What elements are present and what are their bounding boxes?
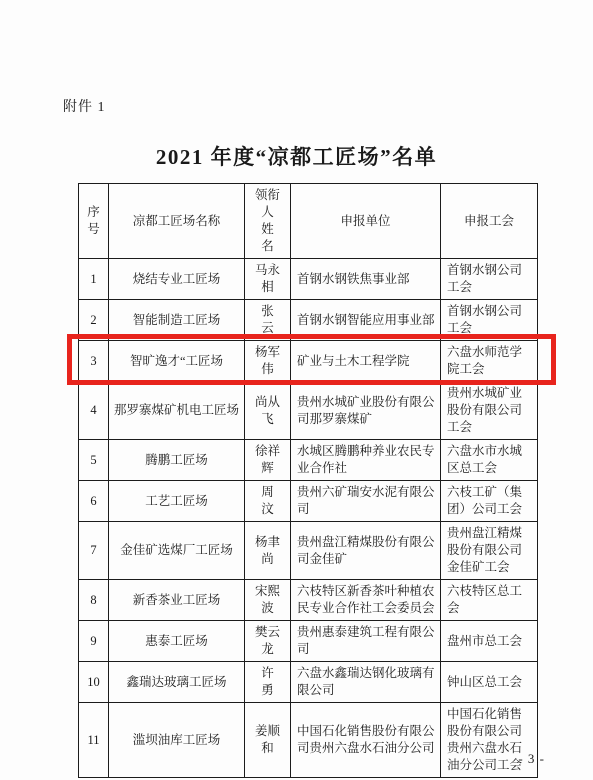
cell-declaring-unit: 贵州六矿瑞安水泥有限公司: [291, 481, 441, 522]
cell-leader-name: 姜顺和: [245, 703, 291, 778]
col-header-name: 凉都工匠场名称: [109, 184, 245, 259]
table-row: 9 惠泰工匠场 樊云龙 贵州惠泰建筑工程有限公司 盘州市总工会: [79, 621, 538, 662]
cell-leader-name: 周 汶: [245, 481, 291, 522]
cell-field-name: 腾鹏工匠场: [109, 440, 245, 481]
cell-declaring-union: 贵州水城矿业股份有限公司工会: [441, 382, 538, 440]
cell-declaring-unit: 水城区腾鹏种养业农民专业合作社: [291, 440, 441, 481]
table-header-row: 序 号 凉都工匠场名称 领衔人 姓 名 申报单位 申报工会: [79, 184, 538, 259]
cell-leader-name: 许 勇: [245, 662, 291, 703]
cell-declaring-unit: 贵州惠泰建筑工程有限公司: [291, 621, 441, 662]
cell-leader-name: 尚从飞: [245, 382, 291, 440]
table-row: 3 智旷逸才“工匠场 杨军伟 矿业与土木工程学院 六盘水师范学院工会: [79, 341, 538, 382]
cell-leader-name: 徐祥辉: [245, 440, 291, 481]
cell-declaring-union: 六盘水师范学院工会: [441, 341, 538, 382]
table-row: 6 工艺工匠场 周 汶 贵州六矿瑞安水泥有限公司 六枝工矿（集团）公司工会: [79, 481, 538, 522]
cell-leader-name: 杨军伟: [245, 341, 291, 382]
cell-serial-number: 8: [79, 580, 109, 621]
cell-declaring-unit: 贵州盘江精煤股份有限公司金佳矿: [291, 522, 441, 580]
cell-declaring-union: 六枝特区总工会: [441, 580, 538, 621]
cell-declaring-union: 钟山区总工会: [441, 662, 538, 703]
cell-declaring-unit: 六枝特区新香茶叶种植农民专业合作社工会委员会: [291, 580, 441, 621]
cell-field-name: 滥坝油库工匠场: [109, 703, 245, 778]
table-row: 8 新香茶业工匠场 宋熙波 六枝特区新香茶叶种植农民专业合作社工会委员会 六枝特…: [79, 580, 538, 621]
cell-field-name: 智旷逸才“工匠场: [109, 341, 245, 382]
cell-serial-number: 3: [79, 341, 109, 382]
col-header-union: 申报工会: [441, 184, 538, 259]
table-row: 2 智能制造工匠场 张 云 首钢水钢智能应用事业部 首钢水钢公司工会: [79, 300, 538, 341]
cell-serial-number: 10: [79, 662, 109, 703]
table-container: 序 号 凉都工匠场名称 领衔人 姓 名 申报单位 申报工会 1 烧结专业工匠场 …: [78, 183, 537, 778]
cell-field-name: 新香茶业工匠场: [109, 580, 245, 621]
cell-serial-number: 7: [79, 522, 109, 580]
cell-declaring-union: 六枝工矿（集团）公司工会: [441, 481, 538, 522]
cell-declaring-union: 盘州市总工会: [441, 621, 538, 662]
cell-serial-number: 9: [79, 621, 109, 662]
cell-field-name: 智能制造工匠场: [109, 300, 245, 341]
cell-serial-number: 11: [79, 703, 109, 778]
cell-declaring-unit: 中国石化销售股份有限公司贵州六盘水石油分公司: [291, 703, 441, 778]
table-row: 11 滥坝油库工匠场 姜顺和 中国石化销售股份有限公司贵州六盘水石油分公司 中国…: [79, 703, 538, 778]
cell-serial-number: 1: [79, 259, 109, 300]
document-page: 附件 1 2021 年度“凉都工匠场”名单 序 号 凉都工匠场名称 领衔人 姓 …: [0, 0, 593, 780]
cell-declaring-unit: 六盘水鑫瑞达钢化玻璃有限公司: [291, 662, 441, 703]
attachment-label: 附件 1: [63, 96, 106, 116]
cell-leader-name: 宋熙波: [245, 580, 291, 621]
cell-serial-number: 6: [79, 481, 109, 522]
cell-field-name: 烧结专业工匠场: [109, 259, 245, 300]
cell-field-name: 鑫瑞达玻璃工匠场: [109, 662, 245, 703]
cell-serial-number: 5: [79, 440, 109, 481]
table-row: 7 金佳矿选煤厂工匠场 杨聿尚 贵州盘江精煤股份有限公司金佳矿 贵州盘江精煤股份…: [79, 522, 538, 580]
cell-leader-name: 樊云龙: [245, 621, 291, 662]
cell-declaring-union: 首钢水钢公司工会: [441, 300, 538, 341]
cell-field-name: 惠泰工匠场: [109, 621, 245, 662]
cell-leader-name: 杨聿尚: [245, 522, 291, 580]
cell-declaring-union: 贵州盘江精煤股份有限公司金佳矿工会: [441, 522, 538, 580]
page-title: 2021 年度“凉都工匠场”名单: [0, 141, 593, 171]
page-number: - 3 -: [518, 751, 545, 767]
cell-declaring-unit: 贵州水城矿业股份有限公司那罗寨煤矿: [291, 382, 441, 440]
col-header-leader: 领衔人 姓 名: [245, 184, 291, 259]
col-header-unit: 申报单位: [291, 184, 441, 259]
cell-field-name: 工艺工匠场: [109, 481, 245, 522]
cell-declaring-unit: 首钢水钢智能应用事业部: [291, 300, 441, 341]
cell-declaring-union: 首钢水钢公司工会: [441, 259, 538, 300]
table-row: 5 腾鹏工匠场 徐祥辉 水城区腾鹏种养业农民专业合作社 六盘水市水城区总工会: [79, 440, 538, 481]
cell-leader-name: 张 云: [245, 300, 291, 341]
table-row: 1 烧结专业工匠场 马永相 首钢水钢铁焦事业部 首钢水钢公司工会: [79, 259, 538, 300]
cell-serial-number: 4: [79, 382, 109, 440]
cell-declaring-unit: 首钢水钢铁焦事业部: [291, 259, 441, 300]
table-row: 10 鑫瑞达玻璃工匠场 许 勇 六盘水鑫瑞达钢化玻璃有限公司 钟山区总工会: [79, 662, 538, 703]
cell-field-name: 金佳矿选煤厂工匠场: [109, 522, 245, 580]
table-body: 1 烧结专业工匠场 马永相 首钢水钢铁焦事业部 首钢水钢公司工会 2 智能制造工…: [79, 259, 538, 778]
cell-declaring-unit: 矿业与土木工程学院: [291, 341, 441, 382]
table-row: 4 那罗寨煤矿机电工匠场 尚从飞 贵州水城矿业股份有限公司那罗寨煤矿 贵州水城矿…: [79, 382, 538, 440]
cell-leader-name: 马永相: [245, 259, 291, 300]
cell-field-name: 那罗寨煤矿机电工匠场: [109, 382, 245, 440]
col-header-serial: 序 号: [79, 184, 109, 259]
cell-serial-number: 2: [79, 300, 109, 341]
cell-declaring-union: 六盘水市水城区总工会: [441, 440, 538, 481]
craftsman-table: 序 号 凉都工匠场名称 领衔人 姓 名 申报单位 申报工会 1 烧结专业工匠场 …: [78, 183, 538, 778]
